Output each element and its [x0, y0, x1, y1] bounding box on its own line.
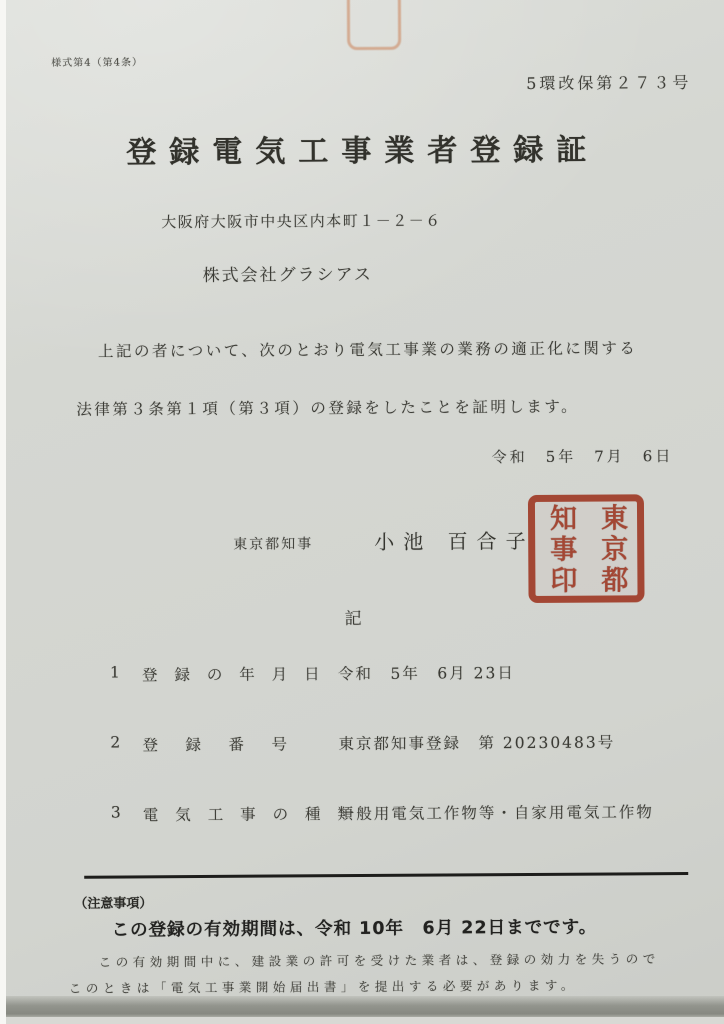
record-number: 2	[110, 733, 120, 751]
faint-top-seal-stamp	[347, 0, 401, 50]
body-text-line-1: 上記の者について、次のとおり電気工事業の業務の適正化に関する	[98, 336, 638, 361]
governor-seal-stamp: 東京都 知事印	[528, 494, 645, 603]
registrant-company-name: 株式会社グラシアス	[202, 260, 372, 286]
record-value: 令和 5年 6月 23日	[338, 661, 515, 684]
issue-date: 令和 5年 7月 6日	[492, 445, 674, 467]
photo-edge-bottom	[6, 1017, 724, 1024]
record-row: 2 登 録 番 号 東京都知事登録 第 20230483号	[110, 730, 685, 734]
body-text-line-2: 法律第３条第１項（第３項）の登録をしたことを証明します。	[76, 395, 579, 420]
registrant-address: 大阪府大阪市中央区内本町１－２－６	[161, 210, 442, 233]
notice-validity-line: この登録の有効期間は、令和 10年 6月 22日までです。	[111, 914, 597, 942]
record-label: 登 録 番 号	[142, 732, 293, 755]
form-code: 様式第4（第4条）	[51, 53, 143, 69]
notice-detail-line-2: このときは「電気工事業開始届出書」を提出する必要があります。	[69, 976, 578, 997]
record-label: 電 気 工 事 の 種 類	[143, 802, 359, 825]
divider-rule	[84, 872, 688, 879]
issuer-title: 東京都知事	[233, 533, 313, 553]
notice-heading: （注意事項）	[74, 892, 152, 911]
certificate-content: 様式第4（第4条） 5環改保第２７３号 登録電気工事業者登録証 大阪府大阪市中央…	[6, 0, 724, 1024]
issuer-name: 小池 百合子	[374, 525, 535, 555]
record-value: 一般用電気工作物等・自家用電気工作物	[339, 800, 654, 824]
record-label: 登 録 の 年 月 日	[142, 662, 326, 685]
record-value: 東京都知事登録 第 20230483号	[338, 730, 615, 754]
seal-column-left: 知事印	[547, 502, 575, 596]
page-title: 登録電気工事業者登録証	[126, 125, 599, 172]
document-number: 5環改保第２７３号	[526, 70, 691, 94]
photo-edge-shadow	[6, 996, 724, 1017]
notice-detail-line-1: この有効期間中に、建設業の許可を受けた業者は、登録の効力を失うので	[99, 949, 660, 970]
record-row: 3 電 気 工 事 の 種 類 一般用電気工作物等・自家用電気工作物	[111, 800, 686, 804]
record-row: 1 登 録 の 年 月 日 令和 5年 6月 23日	[110, 660, 685, 664]
seal-column-right: 東京都	[598, 501, 626, 595]
record-number: 1	[110, 664, 120, 682]
record-heading: 記	[345, 604, 364, 629]
certificate-paper: 様式第4（第4条） 5環改保第２７３号 登録電気工事業者登録証 大阪府大阪市中央…	[6, 0, 724, 1024]
record-number: 3	[111, 803, 121, 821]
